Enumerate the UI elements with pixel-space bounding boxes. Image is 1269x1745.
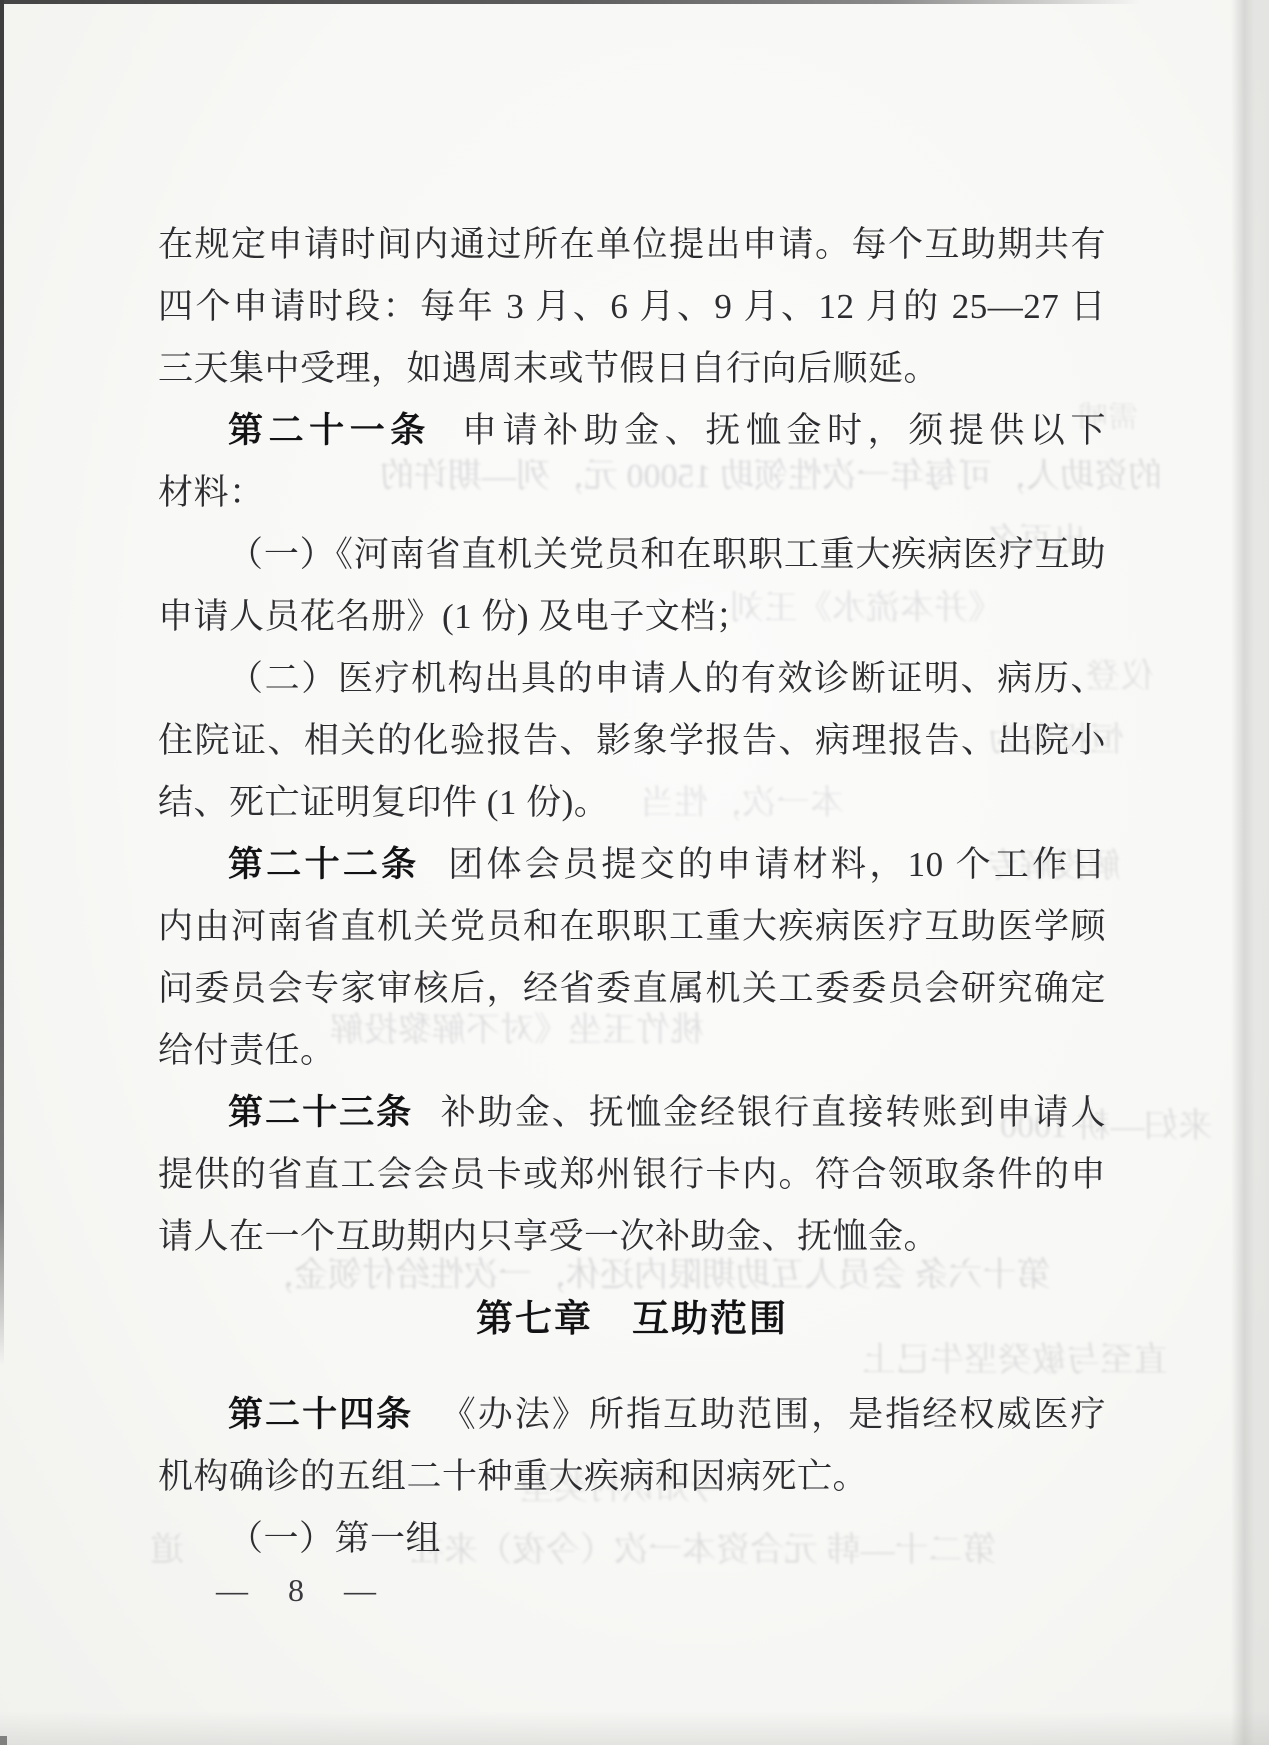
article-text: 《办法》所指互助范围，是指经权威医疗: [439, 1395, 1106, 1434]
scan-corner-mark: [0, 1736, 7, 1745]
text-line: （一）《河南省直机关党员和在职职工重大疾病医疗互助: [158, 524, 1106, 586]
chapter-heading: 第七章 互助范围: [158, 1288, 1106, 1350]
text-line: 第二十三条补助金、抚恤金经银行直接转账到申请人: [158, 1082, 1106, 1144]
text-line: 第二十二条团体会员提交的申请材料，10 个工作日: [158, 834, 1106, 896]
article-text: 申请补助金、抚恤金时，须提供以下: [457, 411, 1106, 450]
article-text: 团体会员提交的申请材料，10 个工作日: [445, 845, 1106, 884]
text-line: 四个申请时段：每年 3 月、6 月、9 月、12 月的 25—27 日: [158, 276, 1106, 338]
text-line: 住院证、相关的化验报告、影象学报告、病理报告、出院小: [158, 710, 1106, 772]
text-line: 第二十四条《办法》所指互助范围，是指经权威医疗: [158, 1384, 1106, 1446]
text-line: 问委员会专家审核后，经省委直属机关工委委员会研究确定: [158, 958, 1106, 1020]
document-page: 需哺的资助人，可每年一次性领助 15000 元，列—期许的出页名《并本流水》王刘…: [0, 0, 1269, 1745]
text-line: 给付责任。: [158, 1020, 1106, 1082]
article-number: 第二十四条: [228, 1395, 413, 1434]
text-line: 第二十一条申请补助金、抚恤金时，须提供以下: [158, 400, 1106, 462]
text-line: 申请人员花名册》(1 份) 及电子文档；: [158, 586, 1106, 648]
article-number: 第二十三条: [228, 1093, 413, 1132]
scan-shadow-bottom: [0, 1711, 1269, 1745]
text-line: 提供的省直工会会员卡或郑州银行卡内。符合领取条件的申: [158, 1144, 1106, 1206]
article-number: 第二十一条: [228, 411, 431, 450]
scan-shadow-right: [1231, 0, 1269, 1745]
text-line: 内由河南省直机关党员和在职职工重大疾病医疗互助医学顾: [158, 896, 1106, 958]
text-line: 在规定申请时间内通过所在单位提出申请。每个互助期共有: [158, 214, 1106, 276]
text-line: 结、死亡证明复印件 (1 份)。: [158, 772, 1106, 834]
page-number: — 8 —: [216, 1572, 392, 1609]
text-flow: 在规定申请时间内通过所在单位提出申请。每个互助期共有四个申请时段：每年 3 月、…: [158, 214, 1106, 1570]
scan-edge-left: [0, 0, 4, 1365]
article-number: 第二十二条: [228, 845, 419, 884]
text-line: （一）第一组: [158, 1508, 1106, 1570]
text-line: （二）医疗机构出具的申请人的有效诊断证明、病历、: [158, 648, 1106, 710]
article-text: 补助金、抚恤金经银行直接转账到申请人: [439, 1093, 1106, 1132]
text-line: 三天集中受理，如遇周末或节假日自行向后顺延。: [158, 338, 1106, 400]
scan-edge-top: [0, 0, 1269, 4]
text-line: 材料：: [158, 462, 1106, 524]
text-line: 机构确诊的五组二十种重大疾病和因病死亡。: [158, 1446, 1106, 1508]
text-line: 请人在一个互助期内只享受一次补助金、抚恤金。: [158, 1206, 1106, 1268]
